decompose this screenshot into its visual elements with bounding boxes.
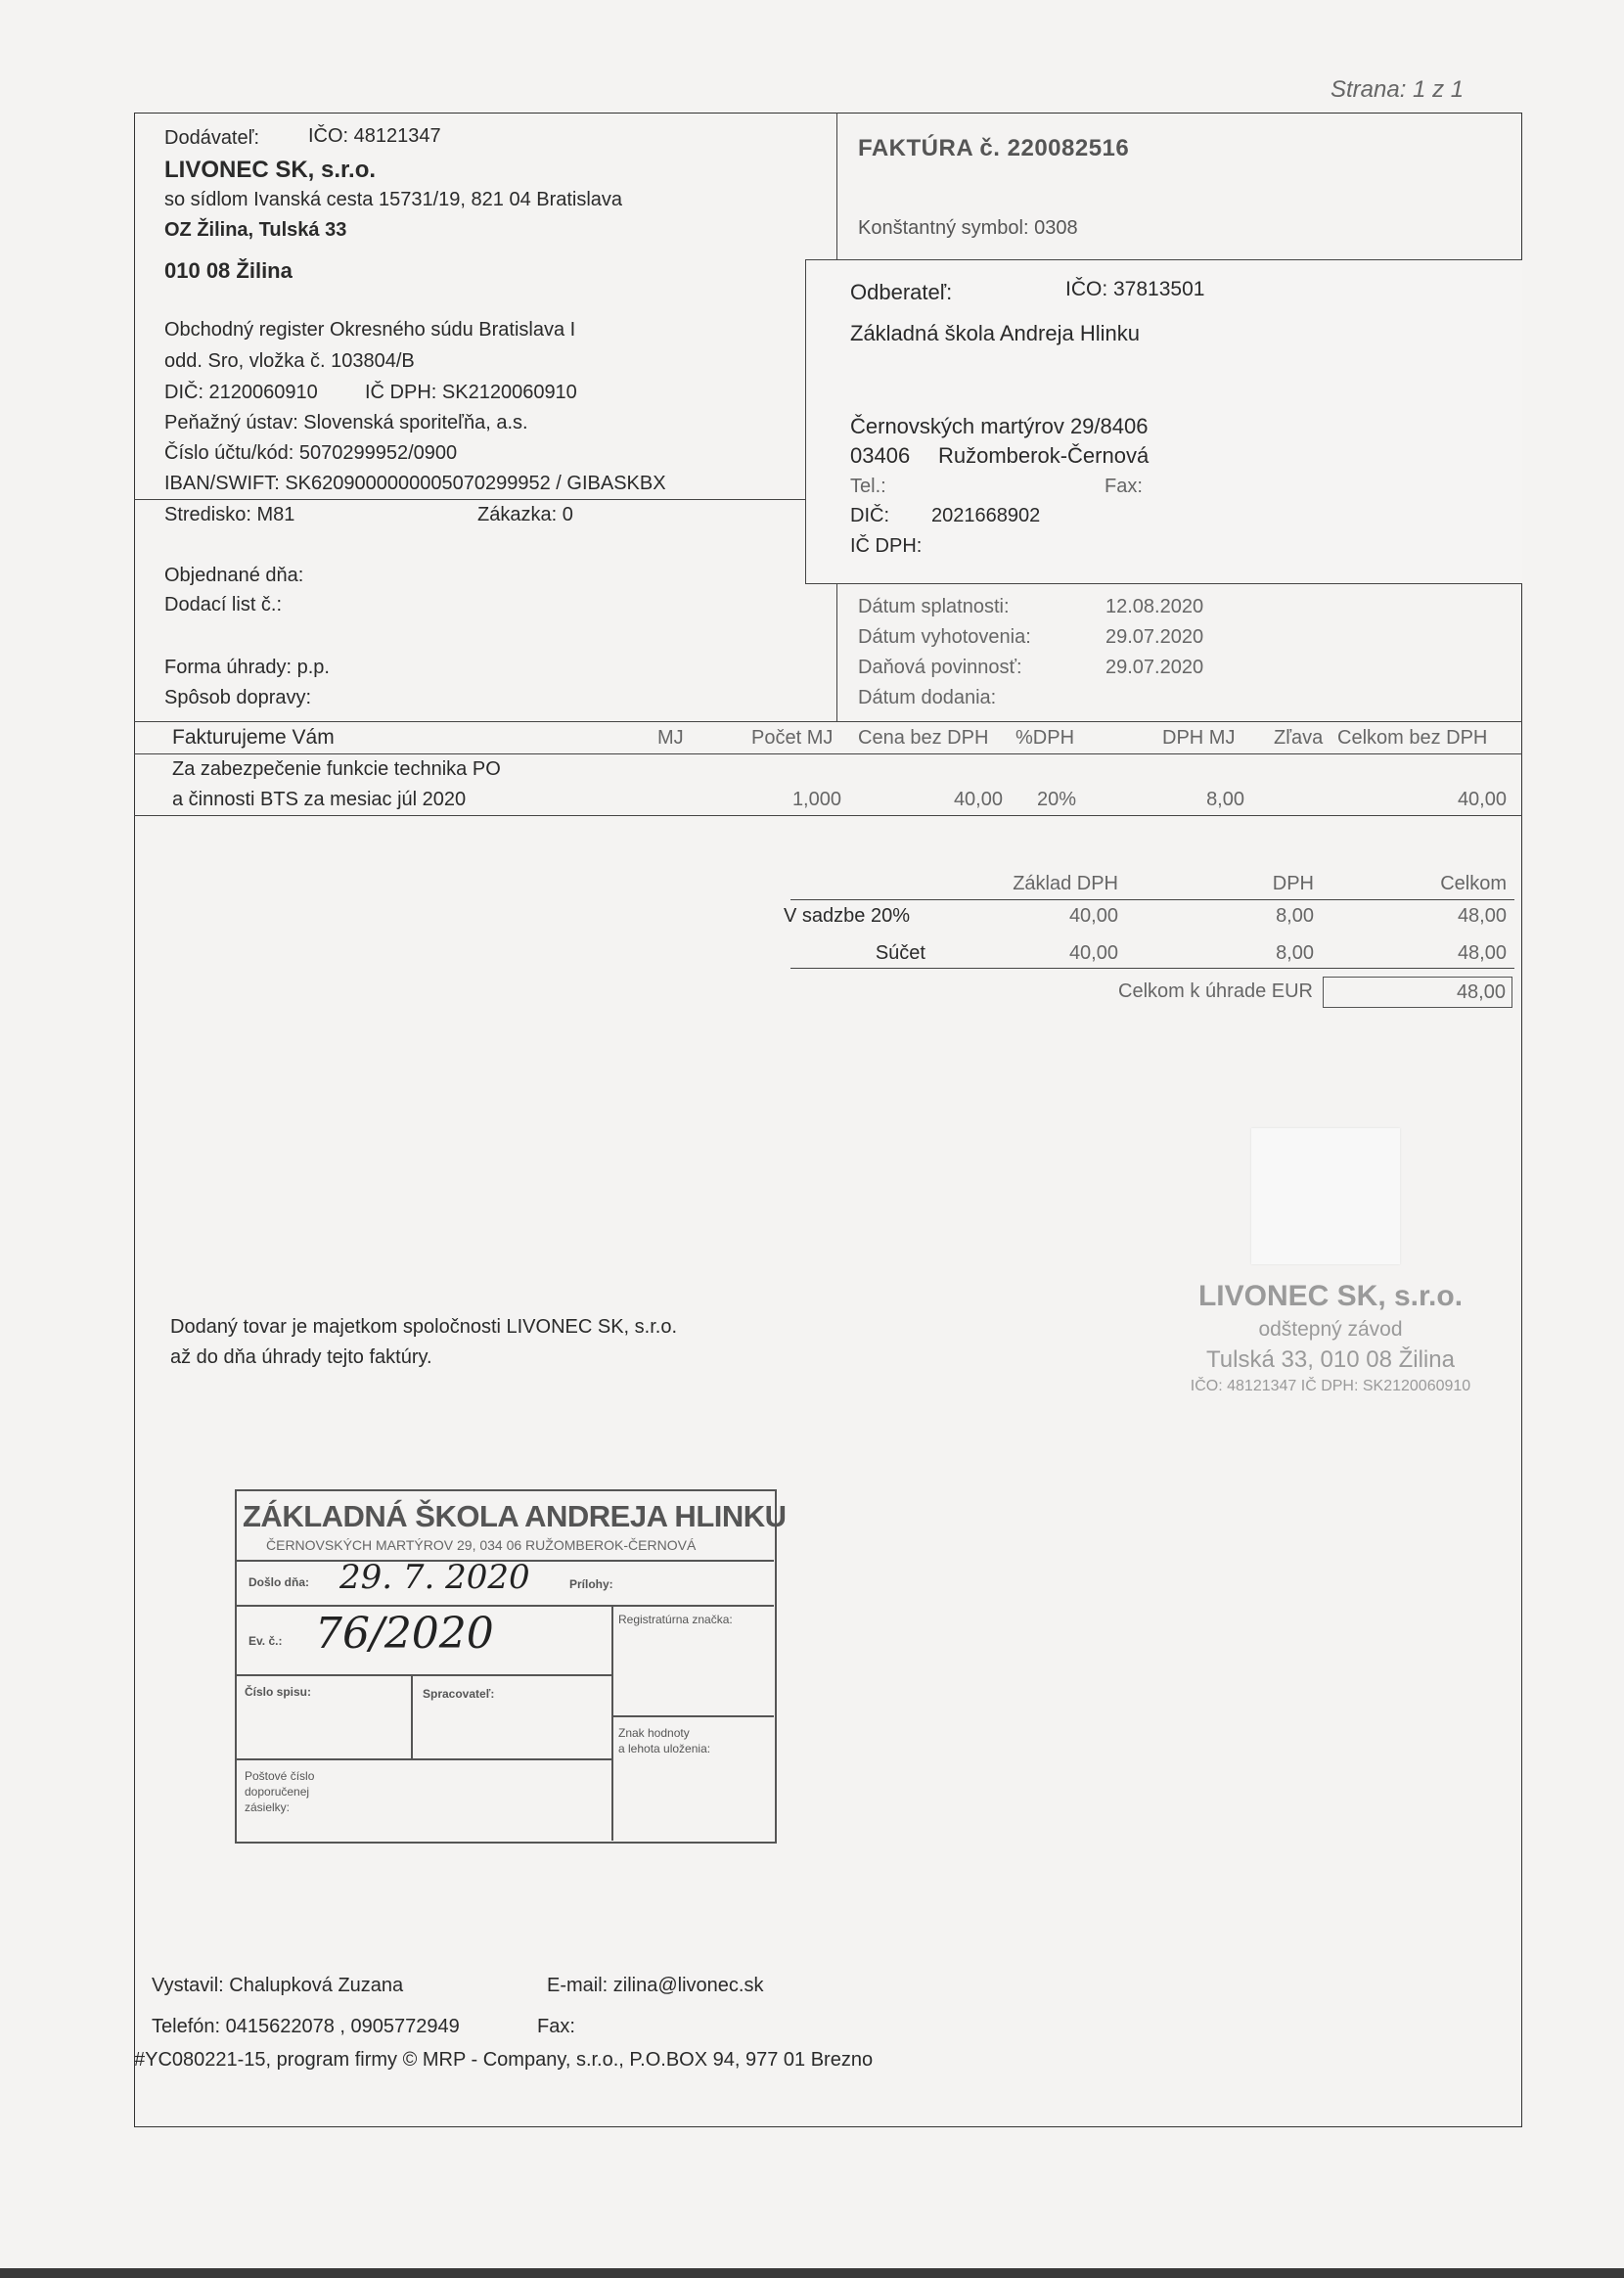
customer-box: Odberateľ: IČO: 37813501 Základná škola … [805,259,1522,584]
delivery-note-label: Dodací list č.: [164,594,282,616]
col-price: Cena bez DPH [858,727,988,750]
col-vat-pct: %DPH [1015,727,1074,750]
reg-mark-label: Registratúrna značka: [618,1613,733,1626]
col-vat-unit: DPH MJ [1162,727,1235,750]
issued-by: Vystavil: Chalupková Zuzana [152,1975,403,1997]
registry-line-2 [237,1605,774,1607]
order-number: Zákazka: 0 [477,504,573,526]
due-date-value: 12.08.2020 [1105,596,1203,618]
summary-sum-vat: 8,00 [1216,942,1314,965]
supplier-zip-city: 010 08 Žilina [164,258,293,284]
summary-col-vat: DPH [1216,873,1314,895]
tax-date-value: 29.07.2020 [1105,657,1203,679]
software-note: #YC080221-15, program firmy © MRP - Comp… [134,2049,873,2072]
customer-dic-value: 2021668902 [931,505,1040,527]
retention-label-1: Znak hodnoty [618,1726,690,1740]
supplier-dic: DIČ: 2120060910 [164,382,318,404]
file-number-label: Číslo spisu: [245,1685,311,1699]
registry-stamp: ZÁKLADNÁ ŠKOLA ANDREJA HLINKU ČERNOVSKÝC… [235,1489,777,1844]
supplier-ico: IČO: 48121347 [308,125,441,148]
col-unit: MJ [657,727,684,750]
col-qty: Počet MJ [751,727,833,750]
delivery-date-label: Dátum dodania: [858,687,996,709]
scan-edge [0,2268,1624,2278]
processor-label: Spracovateľ: [423,1687,494,1701]
shipping-method: Spôsob dopravy: [164,687,311,709]
ownership-note-1: Dodaný tovar je majetkom spoločnosti LIV… [170,1316,677,1339]
summary-col-base: Základ DPH [978,873,1118,895]
attachments-label: Prílohy: [569,1577,613,1591]
supplier-iban: IBAN/SWIFT: SK6209000000005070299952 / G… [164,473,666,495]
summary-sum-label: Súčet [783,942,925,965]
ev-number: 76/2020 [315,1609,494,1659]
customer-zip: 03406 [850,443,910,469]
supplier-account: Číslo účtu/kód: 5070299952/0900 [164,442,457,465]
items-header-line [134,753,1522,754]
col-description: Fakturujeme Vám [172,726,335,750]
invoice-title: FAKTÚRA č. 220082516 [858,135,1129,162]
summary-rate-base: 40,00 [1020,905,1118,928]
registry-subtitle: ČERNOVSKÝCH MARTÝROV 29, 034 06 RUŽOMBER… [266,1537,696,1553]
summary-sum-base: 40,00 [1020,942,1118,965]
customer-street: Černovských martýrov 29/8406 [850,414,1148,439]
tax-date-label: Daňová povinnosť: [858,657,1022,679]
registry-title: ZÁKLADNÁ ŠKOLA ANDREJA HLINKU [243,1499,787,1534]
received-label: Došlo dňa: [248,1575,309,1589]
footer-fax: Fax: [537,2016,575,2038]
ev-label: Ev. č.: [248,1634,282,1648]
customer-ic-dph-label: IČ DPH: [850,535,922,558]
supplier-divider [134,499,805,500]
customer-ico: IČO: 37813501 [1065,278,1204,301]
amount-due-value: 48,00 [1457,981,1506,1004]
registry-vline-mid [411,1674,413,1758]
footer-email: E-mail: zilina@livonec.sk [547,1975,763,1997]
supplier-ic-dph: IČ DPH: SK2120060910 [365,382,577,404]
cost-center: Stredisko: M81 [164,504,294,526]
received-date: 29. 7. 2020 [339,1558,530,1597]
customer-city: Ružomberok-Černová [938,443,1149,469]
post-label-3: zásielky: [245,1800,290,1814]
summary-rate-total: 48,00 [1409,905,1507,928]
summary-rate-vat: 8,00 [1216,905,1314,928]
dates-divider [836,584,837,721]
stamp-line-2: Tulská 33, 010 08 Žilina [1154,1346,1507,1374]
item-description-1: Za zabezpečenie funkcie technika PO [172,758,501,781]
item-vat-pct: 20% [1037,789,1076,811]
item-price: 40,00 [905,789,1003,811]
customer-name: Základná škola Andreja Hlinku [850,321,1140,346]
items-bottom-line [134,815,1522,816]
ordered-date-label: Objednané dňa: [164,565,303,587]
supplier-register-1: Obchodný register Okresného súdu Bratisl… [164,319,575,342]
post-label-1: Poštové číslo [245,1769,314,1783]
item-vat-unit: 8,00 [1147,789,1244,811]
registry-line-3 [237,1674,611,1676]
amount-due-label: Celkom k úhrade EUR [1027,980,1313,1003]
amount-due-box: 48,00 [1323,977,1512,1008]
supplier-register-2: odd. Sro, vložka č. 103804/B [164,350,415,373]
post-label-2: doporučenej [245,1785,309,1799]
registry-line-4 [611,1715,774,1717]
summary-rate-label: V sadzbe 20% [784,905,910,928]
ownership-note-2: až do dňa úhrady tejto faktúry. [170,1346,432,1369]
retention-label-2: a lehota uloženia: [618,1742,710,1755]
supplier-bank: Peňažný ústav: Slovenská sporiteľňa, a.s… [164,412,528,434]
customer-dic-label: DIČ: [850,505,889,527]
supplier-name: LIVONEC SK, s.r.o. [164,157,376,184]
stamp-line-1: odštepný závod [1154,1318,1507,1342]
customer-label: Odberateľ: [850,280,952,305]
payment-method: Forma úhrady: p.p. [164,657,330,679]
stamp-company-name: LIVONEC SK, s.r.o. [1154,1280,1507,1313]
registry-vline-right [611,1605,613,1841]
customer-tel-label: Tel.: [850,476,886,498]
supplier-label: Dodávateľ: [164,127,259,150]
items-top-line [134,721,1522,722]
header-divider [836,113,837,259]
registry-line-5 [237,1758,611,1760]
signature-patch [1251,1128,1400,1264]
summary-header-line [790,899,1514,900]
item-total: 40,00 [1409,789,1507,811]
item-description-2: a činnosti BTS za mesiac júl 2020 [172,789,466,811]
summary-sum-line [790,968,1514,969]
col-total: Celkom bez DPH [1337,727,1487,750]
col-discount: Zľava [1274,727,1323,750]
customer-fax-label: Fax: [1105,476,1143,498]
stamp-line-3: IČO: 48121347 IČ DPH: SK2120060910 [1154,1378,1507,1395]
summary-sum-total: 48,00 [1409,942,1507,965]
supplier-branch: OZ Žilina, Tulská 33 [164,219,346,242]
footer-phone: Telefón: 0415622078 , 0905772949 [152,2016,460,2038]
summary-col-total: Celkom [1409,873,1507,895]
page-number: Strana: 1 z 1 [1331,76,1464,104]
item-qty: 1,000 [744,789,841,811]
supplier-seat: so sídlom Ivanská cesta 15731/19, 821 04… [164,189,622,211]
due-date-label: Dátum splatnosti: [858,596,1010,618]
constant-symbol: Konštantný symbol: 0308 [858,217,1078,240]
issue-date-value: 29.07.2020 [1105,626,1203,649]
issue-date-label: Dátum vyhotovenia: [858,626,1031,649]
